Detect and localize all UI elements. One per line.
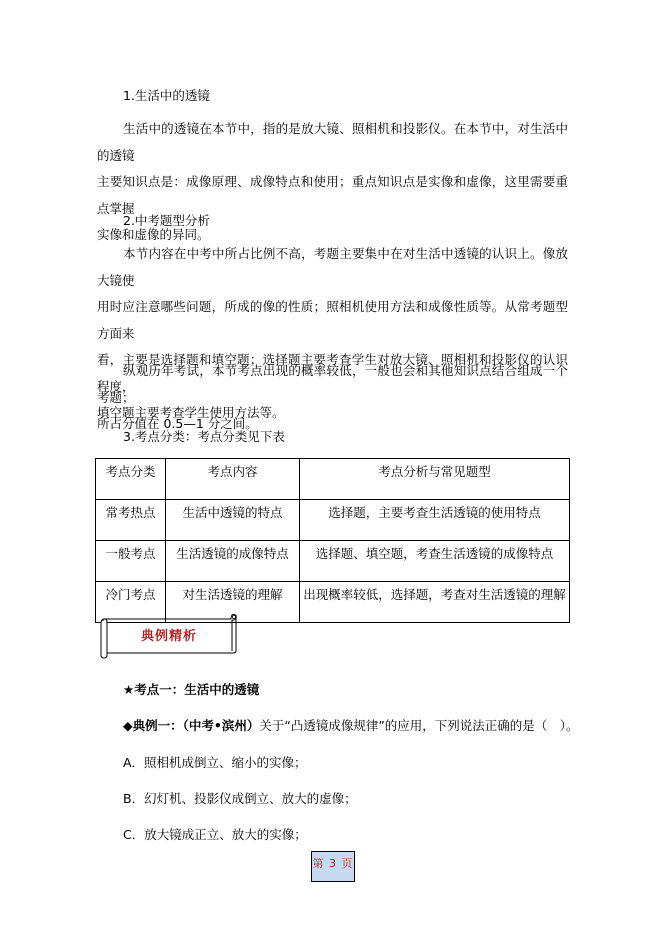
example-1-question: ◆典例一：（中考•滨州）关于“凸透镜成像规律”的应用，下列说法正确的是（ ）。	[123, 716, 579, 734]
table-header-row: 考点分类 考点内容 考点分析与常见题型	[96, 459, 570, 500]
table-cell: 选择题、填空题，考查生活透镜的成像特点	[300, 541, 570, 582]
section-2-paragraph-2: 纵观历年考试，本节考点出现的概率较低，一般也会和其他知识点结合组成一个考题； 所…	[97, 358, 568, 438]
option-a: A．照相机成倒立、缩小的实像；	[123, 753, 307, 771]
table-header-cell: 考点内容	[166, 459, 300, 500]
table-cell: 出现概率较低，选择题，考查对生活透镜的理解	[300, 582, 570, 623]
table-header-cell: 考点分析与常见题型	[300, 459, 570, 500]
example-analysis-banner: 典例精析	[99, 613, 239, 658]
page-number-box: 第 3 页	[311, 851, 355, 882]
example-1-text: 关于“凸透镜成像规律”的应用，下列说法正确的是（ ）。	[259, 718, 578, 733]
section-1-heading: 1.生活中的透镜	[123, 86, 210, 104]
option-b: B．幻灯机、投影仪成倒立、放大的虚像；	[123, 789, 357, 807]
paragraph-line: 生活中的透镜在本节中，指的是放大镜、照相机和投影仪。在本节中，对生活中的透镜	[97, 116, 568, 169]
section-2-heading: 2.中考题型分析	[123, 211, 210, 229]
table-row: 常考热点 生活中透镜的特点 选择题，主要考查生活透镜的使用特点	[96, 500, 570, 541]
page-number-label: 第 3 页	[312, 855, 354, 871]
example-1-prefix: ◆典例一：（中考•滨州）	[123, 718, 259, 733]
table-header-cell: 考点分类	[96, 459, 166, 500]
banner-label: 典例精析	[99, 625, 239, 644]
paragraph-line: 纵观历年考试，本节考点出现的概率较低，一般也会和其他知识点结合组成一个考题；	[97, 358, 568, 411]
table-cell: 一般考点	[96, 541, 166, 582]
option-c: C．放大镜成正立、放大的实像；	[123, 825, 307, 843]
table-cell: 选择题，主要考查生活透镜的使用特点	[300, 500, 570, 541]
exam-points-table: 考点分类 考点内容 考点分析与常见题型 常考热点 生活中透镜的特点 选择题，主要…	[95, 458, 570, 623]
table-row: 一般考点 生活透镜的成像特点 选择题、填空题，考查生活透镜的成像特点	[96, 541, 570, 582]
paragraph-line: 本节内容在中考中所占比例不高，考题主要集中在对生活中透镜的认识上。像放大镜使	[97, 241, 568, 294]
paragraph-line: 用时应注意哪些问题，所成的像的性质；照相机使用方法和成像性质等。从常考题型方面来	[97, 294, 568, 347]
table-cell: 生活透镜的成像特点	[166, 541, 300, 582]
table-cell: 常考热点	[96, 500, 166, 541]
table-cell: 生活中透镜的特点	[166, 500, 300, 541]
section-3-heading: 3.考点分类：考点分类见下表	[123, 427, 285, 445]
exam-point-1-title: ★考点一：生活中的透镜	[123, 680, 259, 698]
